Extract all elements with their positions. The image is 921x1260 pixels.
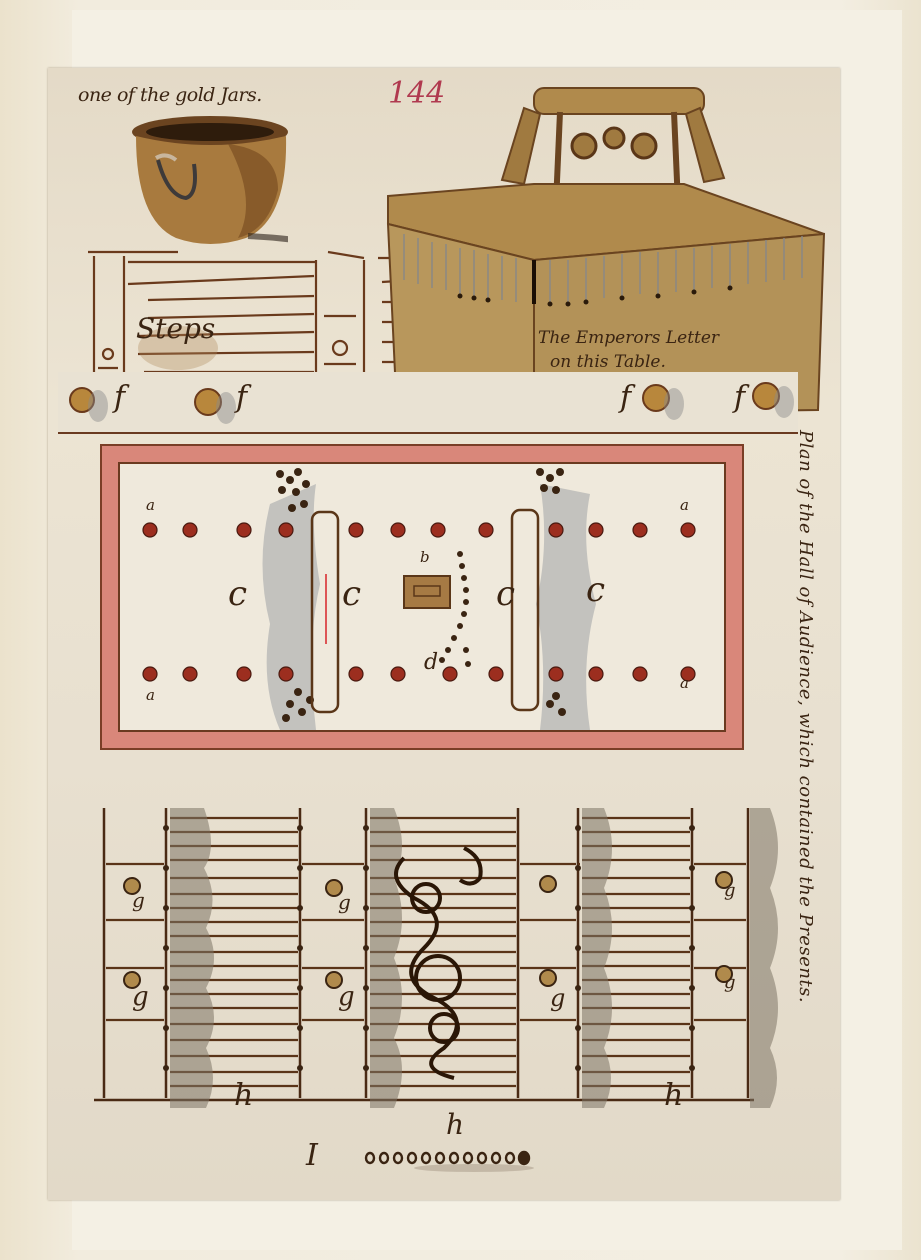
letter-caption-line-2: on this Table. [538,350,719,374]
jar-caption: one of the gold Jars. [78,84,262,106]
label-g-4: g [338,982,355,1012]
label-a-top-right: a [680,496,689,514]
label-h-3: h [664,1078,683,1113]
label-h-2: h [446,1108,464,1141]
side-caption: Plan of the Hall of Audience, which cont… [786,430,826,1180]
letter-caption-line-1: The Emperors Letter [538,326,719,350]
label-a-top-left: a [146,496,155,514]
drawing-sheet: one of the gold Jars. 144 [48,68,840,1200]
figure-row-i [364,1148,544,1172]
label-i: I [306,1138,318,1173]
label-g-2: g [132,982,149,1012]
label-c-1: c [228,574,247,614]
emperors-letter-caption: The Emperors Letter on this Table. [538,326,719,374]
label-g-3: g [338,890,351,914]
gold-jar-illustration [128,110,288,250]
steps-label: Steps [136,312,215,345]
hall-plan-drawing [120,464,724,730]
label-b: b [420,548,430,566]
label-c-2: c [342,574,361,614]
portico-pillars [58,372,798,432]
label-a-bottom-left: a [146,686,155,704]
label-g-1: g [132,888,145,912]
hall-border: a a a a b c c c c d [100,444,744,750]
label-f-3: f [620,380,631,415]
label-f-2: f [236,380,247,415]
label-g-5: g [550,984,565,1012]
hall-plan: a a a a b c c c c d [98,444,788,864]
courtyard-plan [94,808,794,1108]
label-g-7: g [724,972,736,993]
hall-floor: a a a a b c c c c d [118,462,726,732]
label-h-1: h [234,1078,253,1113]
label-f-4: f [734,380,745,415]
label-f-1: f [114,380,125,415]
portico-band: f f f f [58,372,798,434]
label-a-bottom-right: a [680,674,689,692]
label-c-4: c [586,570,605,610]
label-d: d [424,650,438,675]
label-g-6: g [724,880,736,901]
label-c-3: c [496,574,515,614]
side-caption-text: Plan of the Hall of Audience, which cont… [795,430,816,1003]
